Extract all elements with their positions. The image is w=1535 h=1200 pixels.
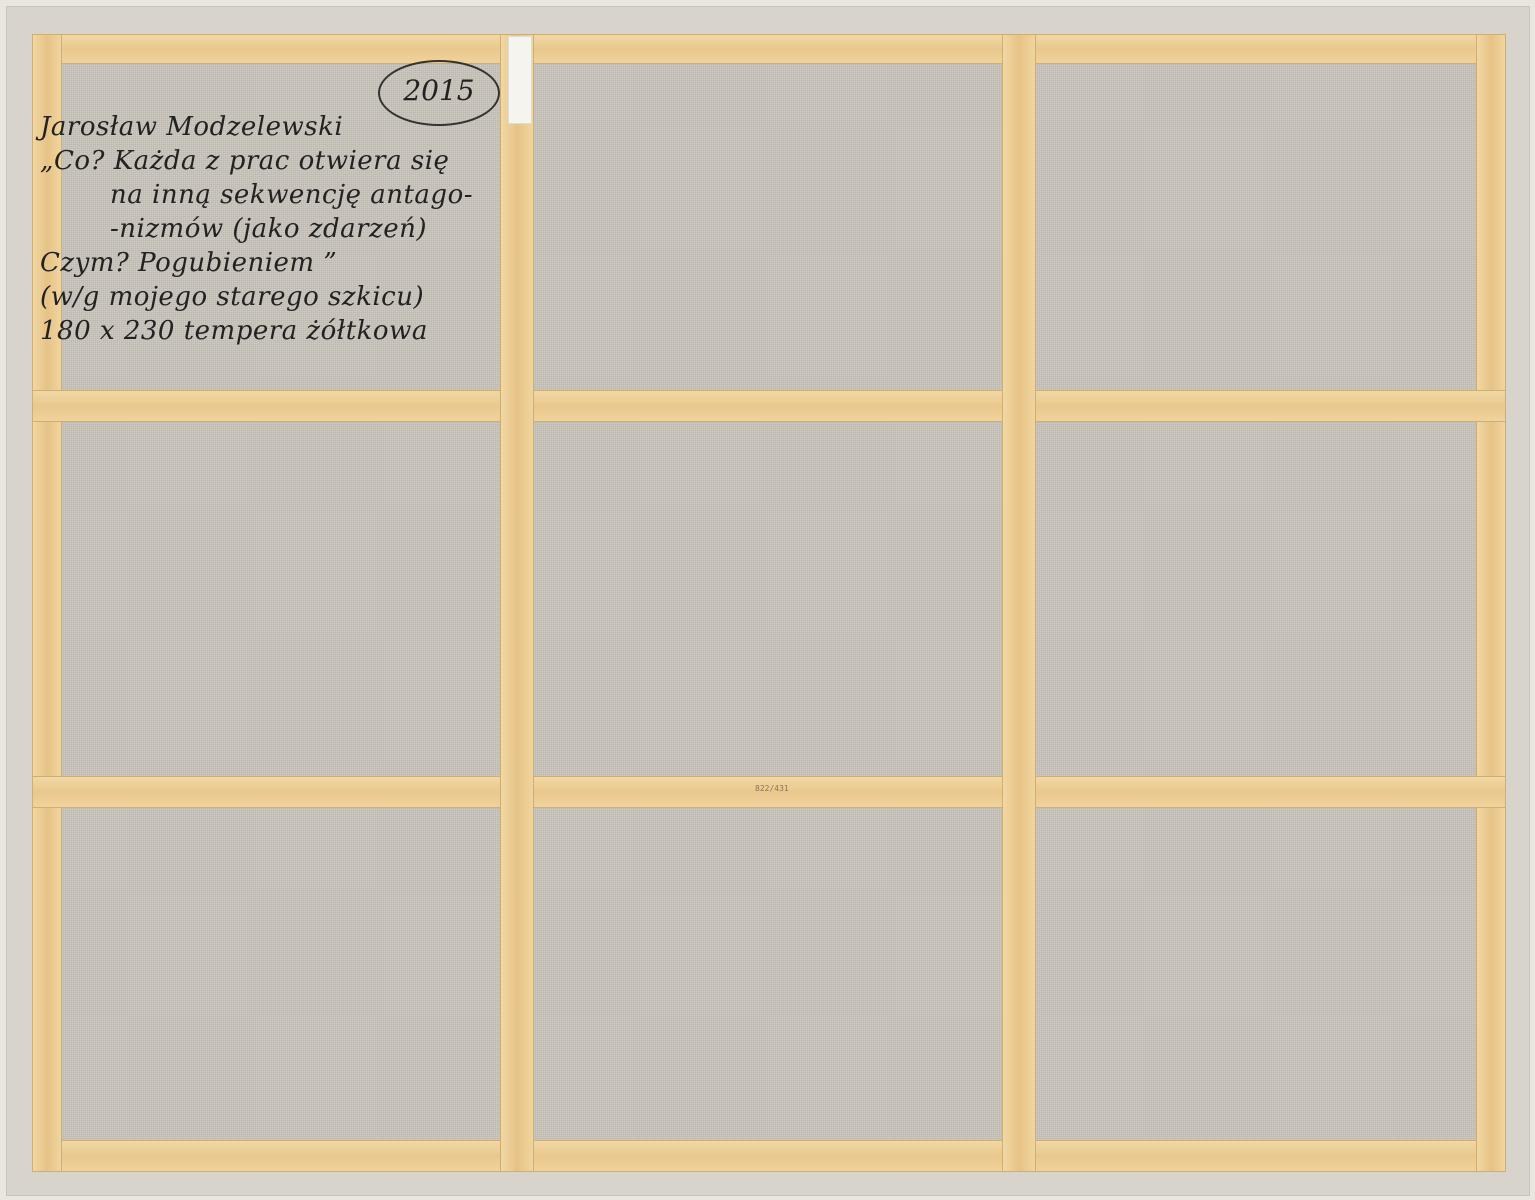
stretcher-right-bar [1476, 34, 1506, 1172]
inscription-line: Czym? Pogubieniem ” [40, 246, 500, 280]
stretcher-crossbar-vertical-2 [1002, 34, 1036, 1172]
inscription-line: na inną sekwencję antago- [40, 178, 500, 212]
label-sticker [508, 36, 532, 124]
handwritten-inscription: Jarosław Modzelewski „Co? Każda z prac o… [40, 70, 500, 348]
stretcher-top-bar [32, 34, 1506, 64]
stretcher-crossbar-vertical-1 [500, 34, 534, 1172]
stretcher-crossbar-horizontal-1 [32, 390, 1506, 422]
inscription-line-artist: Jarosław Modzelewski [40, 110, 500, 144]
inscription-line-dimensions: 180 x 230 tempera żółtkowa [40, 314, 500, 348]
inscription-line: -nizmów (jako zdarzeń) [40, 212, 500, 246]
inscription-line: (w/g mojego starego szkicu) [40, 280, 500, 314]
bar-stamp: 822/431 [755, 784, 789, 793]
inscription-line: „Co? Każda z prac otwiera się [40, 144, 500, 178]
stretcher-bottom-bar [32, 1140, 1506, 1172]
